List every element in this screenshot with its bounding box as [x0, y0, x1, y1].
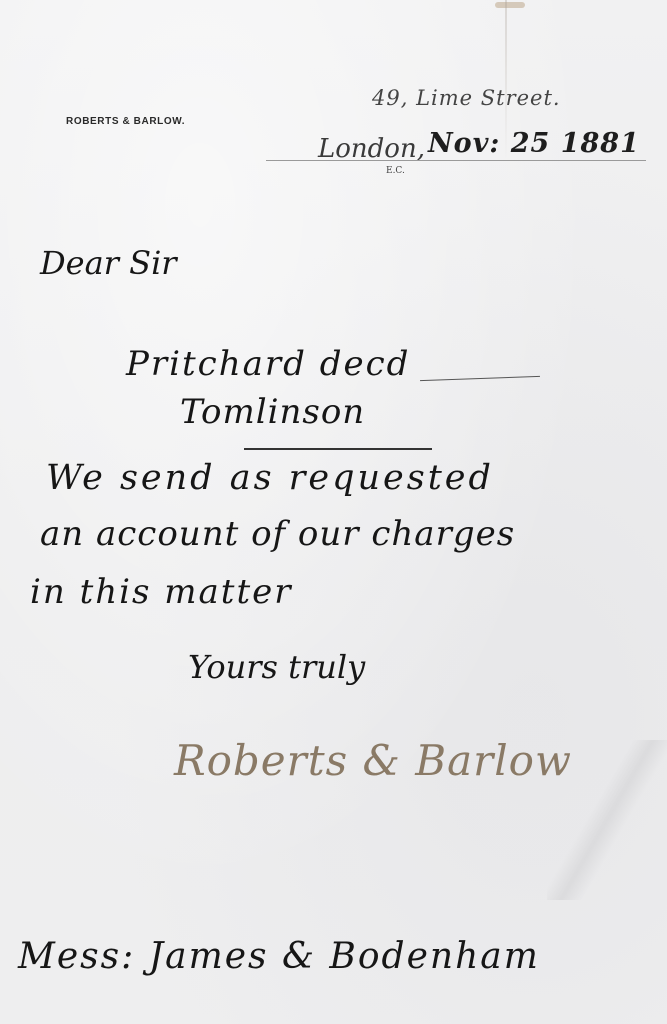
body-line: We send as requested [46, 458, 494, 498]
letterhead-street: 49, Lime Street. [372, 86, 561, 110]
subject-underline [244, 448, 432, 450]
body-line: in this matter [30, 572, 292, 612]
body-line: an account of our charges [40, 514, 515, 554]
addressee: Mess: James & Bodenham [18, 936, 540, 977]
subject-line-1: Pritchard decd [126, 344, 410, 384]
subject-line-2: Tomlinson [180, 392, 365, 432]
letter-page: ROBERTS & BARLOW. 49, Lime Street. Londo… [0, 0, 667, 1024]
letterhead-firm-name: ROBERTS & BARLOW. [66, 116, 185, 127]
subject-rule [420, 376, 540, 381]
letterhead-postcode: E.C. [386, 166, 405, 176]
letterhead-date-rule [266, 160, 646, 161]
paper-stain [495, 2, 525, 8]
salutation: Dear Sir [40, 244, 177, 282]
signature: Roberts & Barlow [174, 736, 572, 785]
closing: Yours truly [188, 648, 365, 686]
letter-date: Nov: 25 1881 [428, 128, 640, 159]
